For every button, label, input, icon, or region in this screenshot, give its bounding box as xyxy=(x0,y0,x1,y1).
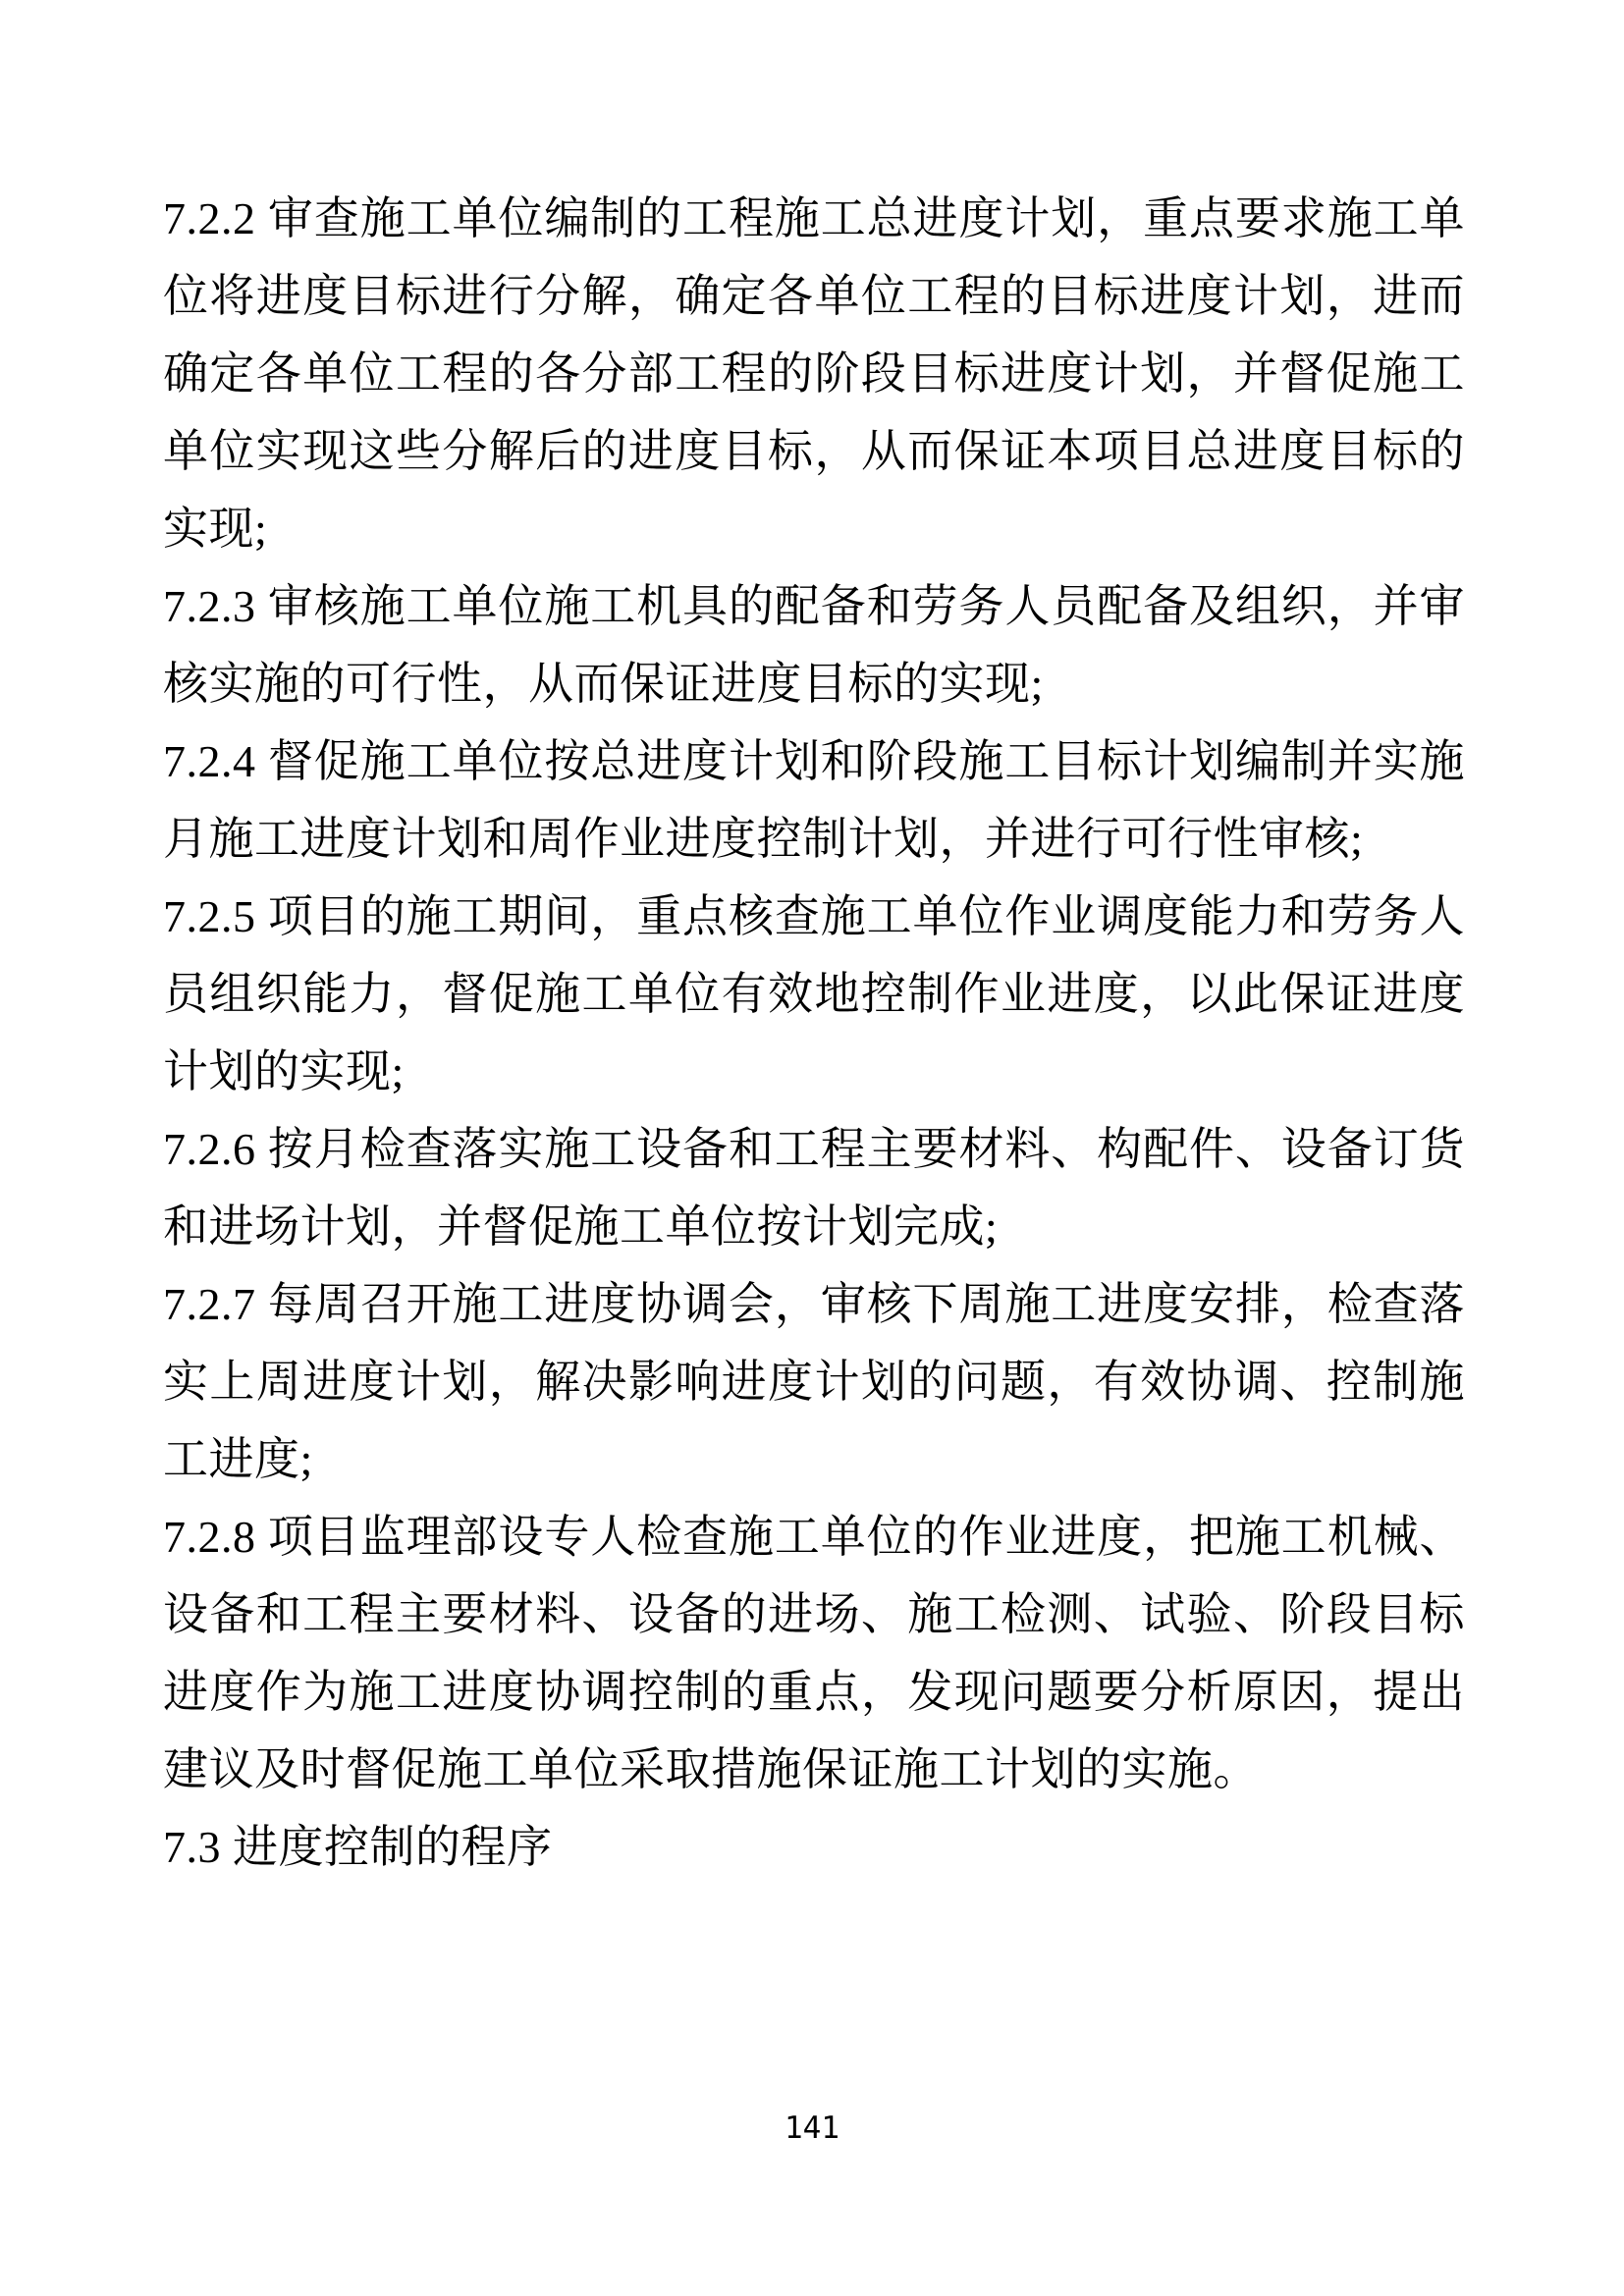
paragraph-7-2-3: 7.2.3 审核施工单位施工机具的配备和劳务人员配备及组织，并审核实施的可行性，… xyxy=(163,567,1465,722)
text-block: 7.2.2 审查施工单位编制的工程施工总进度计划，重点要求施工单位将进度目标进行… xyxy=(163,180,1465,1886)
paragraph-7-2-7: 7.2.7 每周召开施工进度协调会，审核下周施工进度安排，检查落实上周进度计划，… xyxy=(163,1265,1465,1498)
paragraph-7-2-2: 7.2.2 审查施工单位编制的工程施工总进度计划，重点要求施工单位将进度目标进行… xyxy=(163,180,1465,567)
paragraph-7-2-6: 7.2.6 按月检查落实施工设备和工程主要材料、构配件、设备订货和进场计划，并督… xyxy=(163,1110,1465,1265)
section-heading-7-3: 7.3 进度控制的程序 xyxy=(163,1808,1465,1886)
document-page: 7.2.2 审查施工单位编制的工程施工总进度计划，重点要求施工单位将进度目标进行… xyxy=(0,0,1624,2296)
paragraph-7-2-4: 7.2.4 督促施工单位按总进度计划和阶段施工目标计划编制并实施月施工进度计划和… xyxy=(163,722,1465,878)
paragraph-7-2-5: 7.2.5 项目的施工期间，重点核查施工单位作业调度能力和劳务人员组织能力，督促… xyxy=(163,878,1465,1110)
page-number: 141 xyxy=(0,2110,1624,2146)
paragraph-7-2-8: 7.2.8 项目监理部设专人检查施工单位的作业进度，把施工机械、设备和工程主要材… xyxy=(163,1498,1465,1808)
